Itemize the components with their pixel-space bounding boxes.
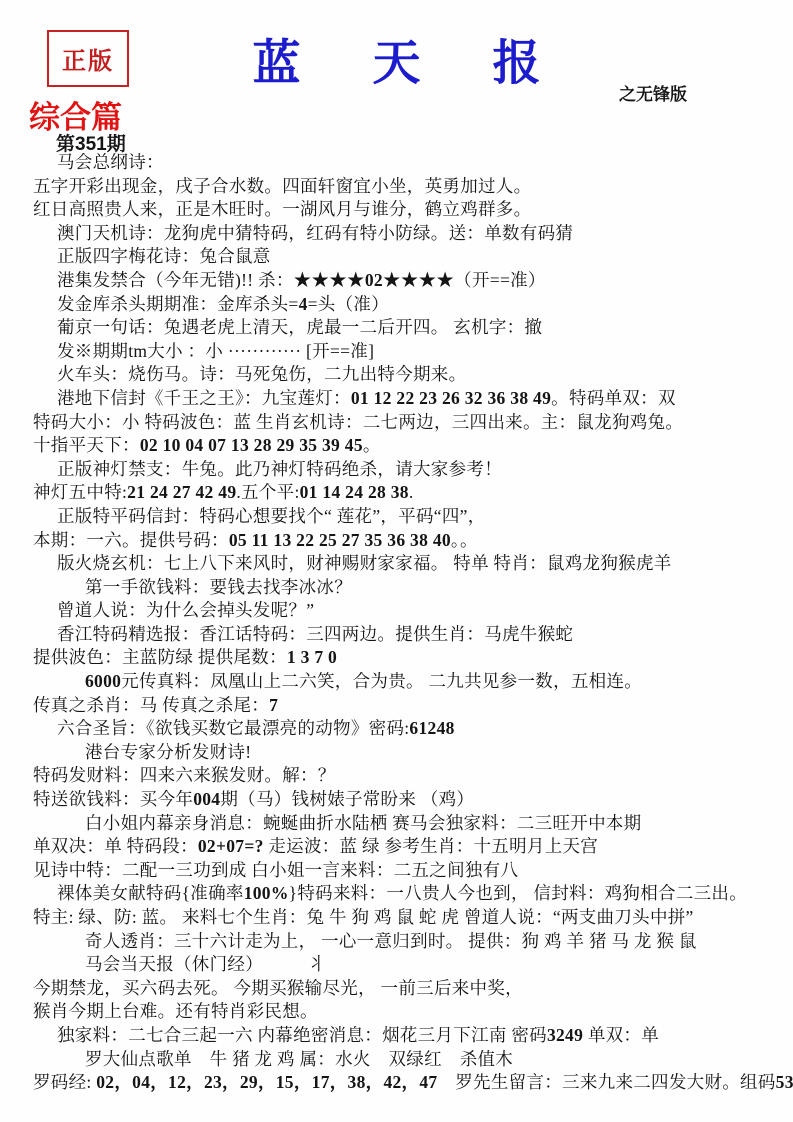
- text-line: 版火烧玄机：七上八下来风时，财神赐财家家福。 特单 特肖：鼠鸡龙狗猴虎羊: [57, 552, 791, 576]
- text-line: 正版神灯禁支：牛兔。此乃神灯特码绝杀，请大家参考！: [57, 458, 791, 482]
- text-line: 澳门天机诗：龙狗虎中猜特码，红码有特小防绿。送：单数有码猜: [57, 222, 791, 246]
- text-line: 港地下信封《千王之王》：九宝莲灯：01 12 22 23 26 32 36 38…: [57, 387, 791, 411]
- text-line: 裸体美女献特码{准确率100%}特码来料：一八贵人今也到， 信封料：鸡狗相合二三…: [57, 882, 791, 906]
- newspaper-page: 正版 蓝 天 报 之无锋版 综合篇 第351期 马会总纲诗：五字开彩出现金，戌子…: [0, 0, 793, 1122]
- text-line: 本期：一六。提供号码：05 11 13 22 25 27 35 36 38 40…: [33, 529, 791, 553]
- text-line: 特码发财料：四来六来猴发财。解：？: [33, 764, 791, 788]
- text-line: 马会总纲诗：: [57, 151, 791, 175]
- text-line: 六合圣旨：《欲钱买数它最漂亮的动物》密码:61248: [57, 717, 791, 741]
- text-line: 见诗中特：二配一三功到成 白小姐一言来料：二五之间独有八: [33, 859, 791, 883]
- text-line: 葡京一句话：兔遇老虎上清天，虎最一二后开四。 玄机字：撤: [57, 316, 791, 340]
- text-line: 提供波色：主蓝防绿 提供尾数：1 3 7 0: [33, 646, 791, 670]
- text-line: 发金库杀头期期准：金库杀头=4=头（准）: [57, 293, 791, 317]
- text-line: 今期禁龙，买六码去死。 今期买猴输尽光， 一前三后来中奖，: [33, 977, 791, 1001]
- text-line: 五字开彩出现金，戌子合水数。四面轩窗宜小坐，英勇加过人。: [33, 175, 791, 199]
- text-line: 白小姐内幕亲身消息：蜿蜒曲折水陆栖 赛马会独家料：二三旺开中本期: [85, 812, 791, 836]
- text-line: 传真之杀肖：马 传真之杀尾：7: [33, 694, 791, 718]
- text-line: 马会当天报（休门经） 丬: [85, 953, 791, 977]
- body-lines: 马会总纲诗：五字开彩出现金，戌子合水数。四面轩窗宜小坐，英勇加过人。红日高照贵人…: [33, 151, 791, 1095]
- text-line: 香江特码精选报：香江话特码：三四两边。提供生肖：马虎牛猴蛇: [57, 623, 791, 647]
- text-line: 特送欲钱料：买今年004期（马）钱树婊子常盼来 （鸡）: [33, 788, 791, 812]
- text-line: 猴肖今期上台难。还有特肖彩民想。: [33, 1000, 791, 1024]
- text-line: 6000元传真料：凤凰山上二六笑，合为贵。 二九共见参一数，五相连。: [85, 670, 791, 694]
- text-line: 正版特平码信封：特码心想要找个“ 莲花”，平码“四”，: [57, 505, 791, 529]
- text-line: 神灯五中特:21 24 27 42 49.五个平:01 14 24 28 38.: [33, 481, 791, 505]
- text-line: 港集发禁合（今年无错)!! 杀：★★★★02★★★★（开==准）: [57, 269, 791, 293]
- text-line: 特码大小：小 特码波色：蓝 生肖玄机诗：二七两边，三四出来。主：鼠龙狗鸡兔。: [33, 411, 791, 435]
- text-line: 奇人透肖：三十六计走为上， 一心一意归到时。 提供：狗 鸡 羊 猪 马 龙 猴 …: [85, 930, 791, 954]
- text-line: 火车头：烧伤马。诗：马死兔伤，二九出特今期来。: [57, 363, 791, 387]
- text-line: 正版四字梅花诗：兔合鼠意: [57, 245, 791, 269]
- text-line: 曾道人说：为什么会掉头发呢？”: [57, 599, 791, 623]
- text-line: 十指平天下：02 10 04 07 13 28 29 35 39 45。: [33, 434, 791, 458]
- text-line: 罗大仙点歌单 牛 猪 龙 鸡 属：水火 双绿红 杀值木: [85, 1048, 791, 1072]
- text-line: 红日高照贵人来，正是木旺时。一湖风月与谁分，鹤立鸡群多。: [33, 198, 791, 222]
- text-line: 罗码经: 02，04，12，23，29，15，17，38，42，47 罗先生留言…: [33, 1071, 791, 1095]
- text-line: 第一手欲钱料：要钱去找李冰冰？: [85, 576, 791, 600]
- text-line: 发※期期tm大小 ：小 ············ [开==准]: [57, 340, 791, 364]
- edition-label: 之无锋版: [619, 80, 687, 105]
- text-line: 单双决：单 特码段：02+07=? 走运波：蓝 绿 参考生肖：十五明月上天宫: [33, 835, 791, 859]
- text-line: 特主: 绿、防: 蓝。 来料七个生肖：兔 牛 狗 鸡 鼠 蛇 虎 曾道人说：“两…: [33, 906, 791, 930]
- text-line: 独家料：二七合三起一六 内幕绝密消息：烟花三月下江南 密码3249 单双：单: [57, 1024, 791, 1048]
- text-line: 港台专家分析发财诗!: [85, 741, 791, 765]
